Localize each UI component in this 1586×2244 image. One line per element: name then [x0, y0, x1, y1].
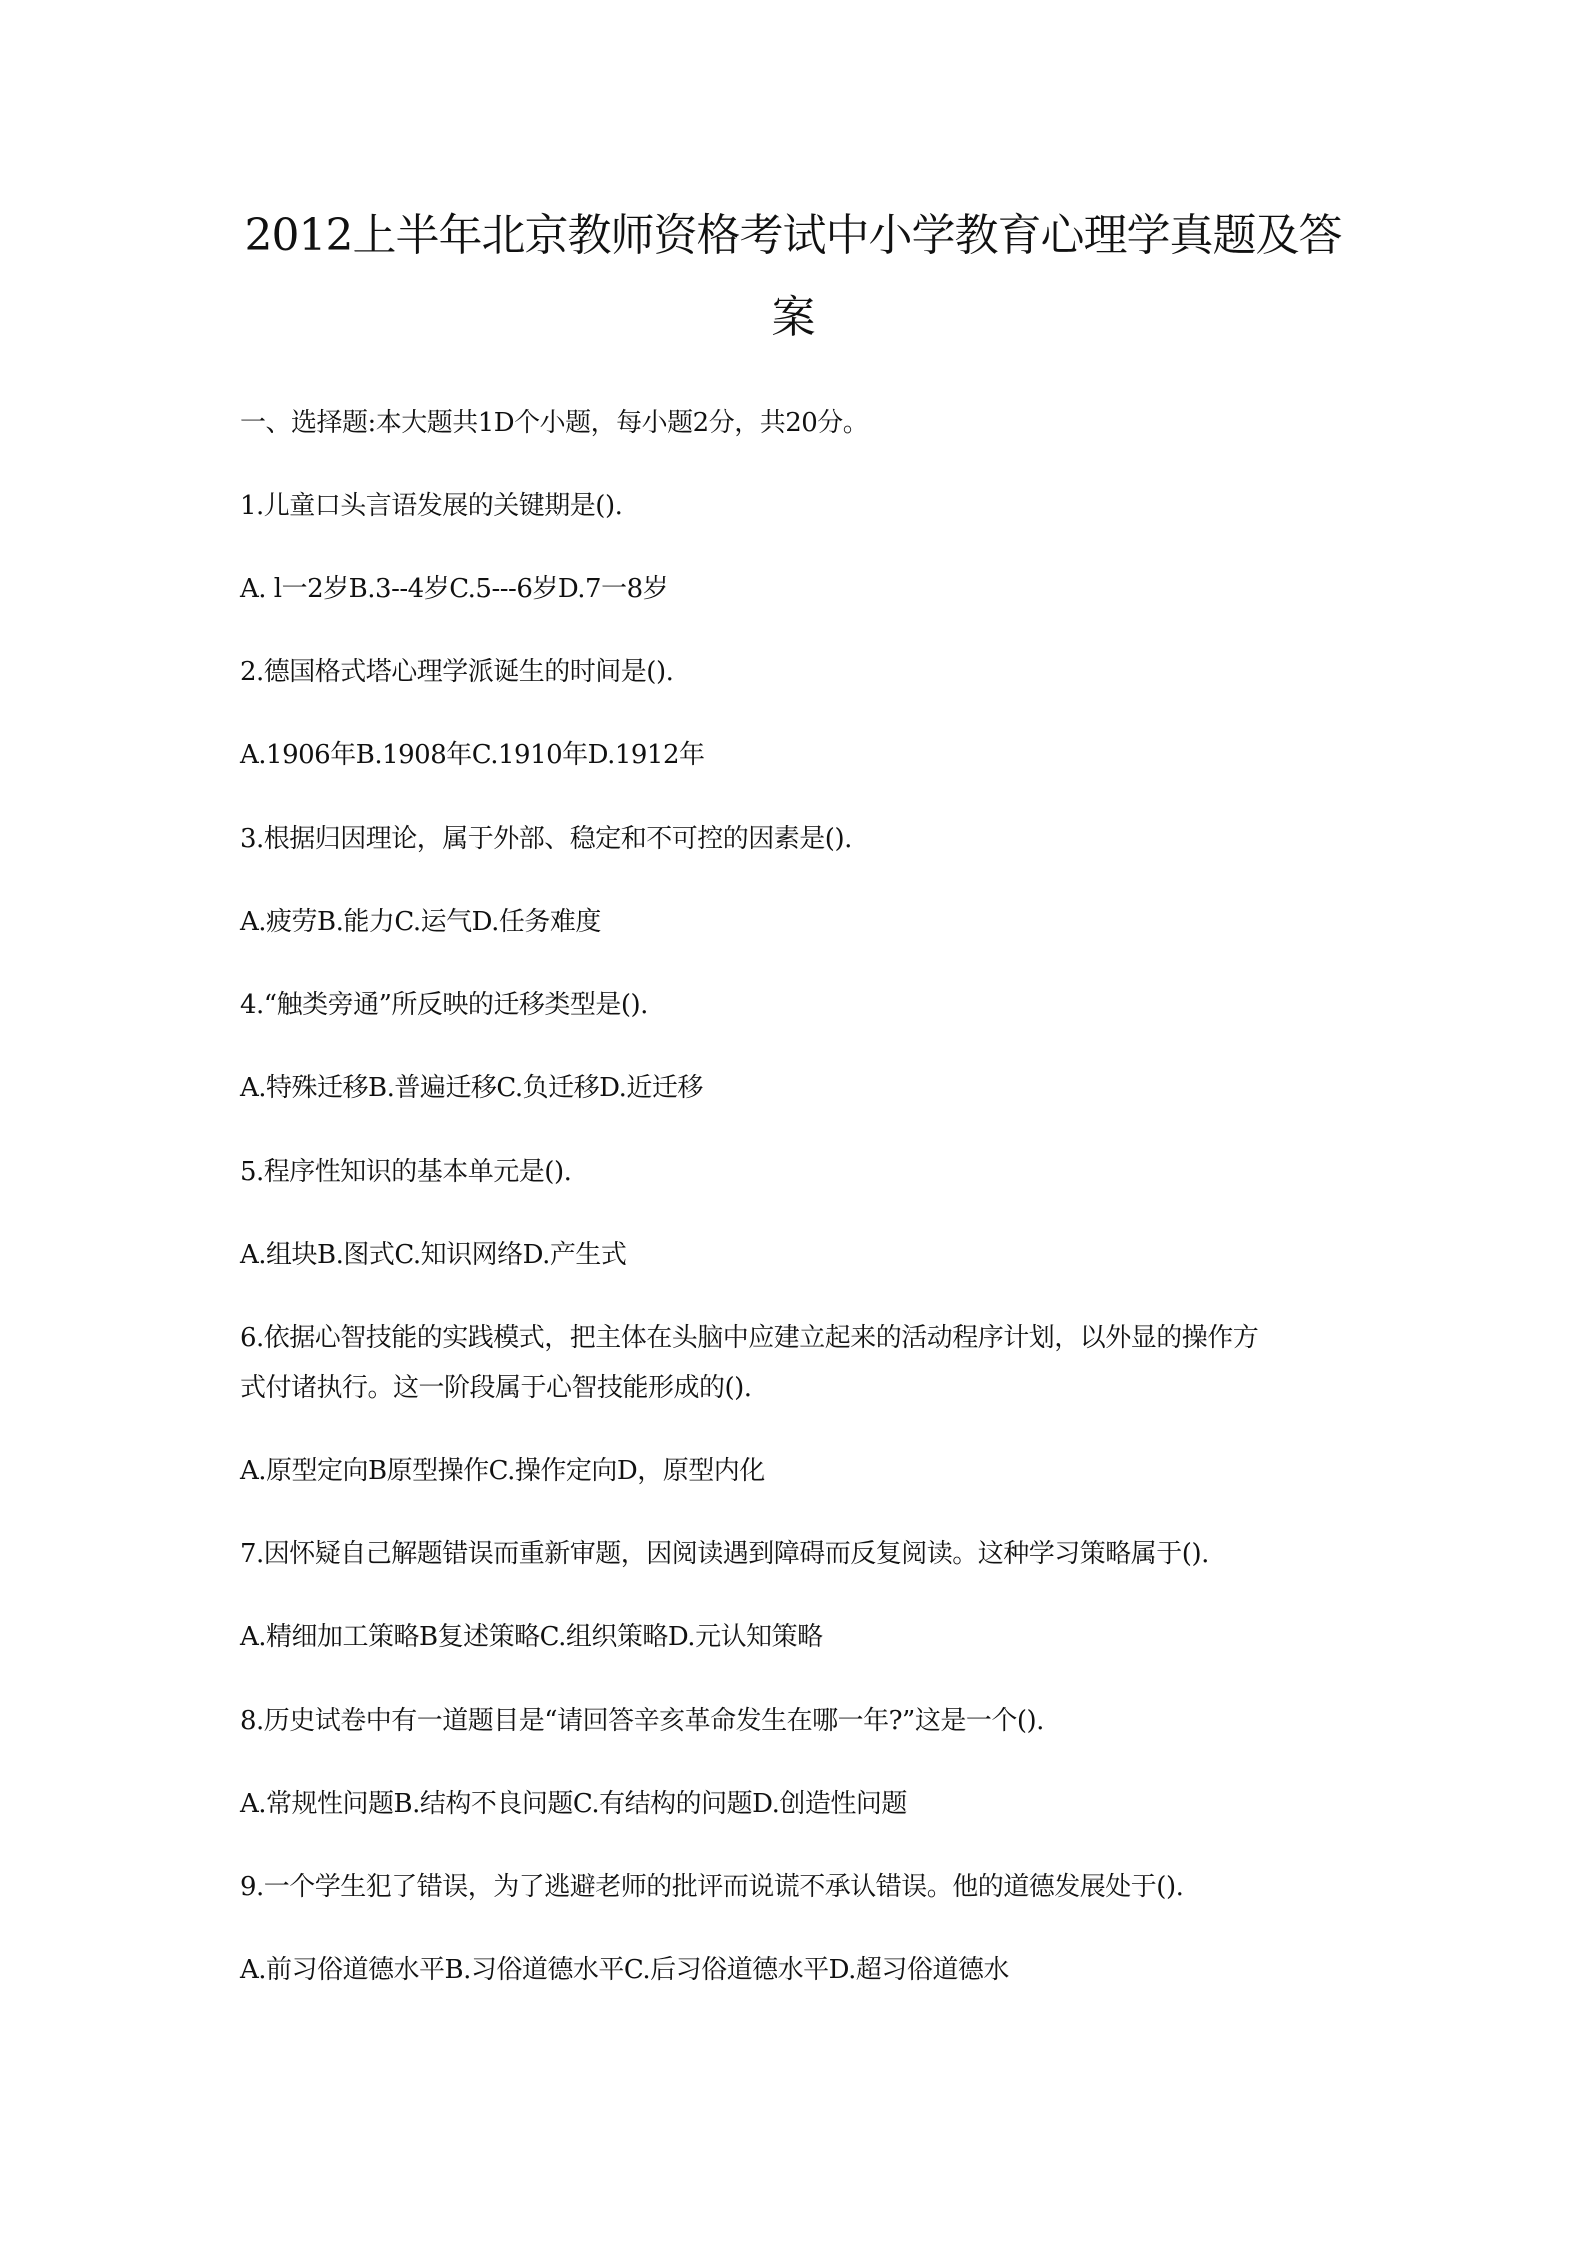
question-4-options: A.特殊迁移B.普遍迁移C.负迁移D.近迁移: [240, 1071, 703, 1105]
document-title-line-1: 2012上半年北京教师资格考试中小学教育心理学真题及答: [200, 208, 1386, 264]
question-2-options: A.1906年B.1908年C.1910年D.1912年: [240, 738, 705, 772]
document-title-line-2: 案: [200, 290, 1386, 346]
question-3-options: A.疲劳B.能力C.运气D.任务难度: [240, 905, 601, 939]
document-page: 2012上半年北京教师资格考试中小学教育心理学真题及答 案 一、选择题:本大题共…: [0, 0, 1586, 2244]
question-7-options: A.精细加工策略B复述策略C.组织策略D.元认知策略: [240, 1620, 823, 1654]
question-5-stem: 5.程序性知识的基本单元是().: [240, 1155, 571, 1189]
question-4-stem: 4.“触类旁通”所反映的迁移类型是().: [240, 988, 648, 1022]
question-6-stem-line-2: 式付诸执行。这一阶段属于心智技能形成的().: [240, 1371, 752, 1405]
question-8-options: A.常规性问题B.结构不良问题C.有结构的问题D.创造性问题: [240, 1787, 907, 1821]
question-1-stem: 1.儿童口头言语发展的关键期是().: [240, 489, 622, 523]
question-9-options: A.前习俗道德水平B.习俗道德水平C.后习俗道德水平D.超习俗道德水: [240, 1953, 1009, 1987]
question-3-stem: 3.根据归因理论，属于外部、稳定和不可控的因素是().: [240, 822, 852, 856]
question-7-stem: 7.因怀疑自己解题错误而重新审题，因阅读遇到障碍而反复阅读。这种学习策略属于()…: [240, 1537, 1209, 1571]
question-1-options: A. l一2岁B.3--4岁C.5---6岁D.7一8岁: [240, 572, 668, 606]
question-6-options: A.原型定向B原型操作C.操作定向D，原型内化: [240, 1454, 765, 1488]
question-6-stem-line-1: 6.依据心智技能的实践模式，把主体在头脑中应建立起来的活动程序计划，以外显的操作…: [240, 1321, 1258, 1355]
section-heading: 一、选择题:本大题共1D个小题，每小题2分，共20分。: [240, 406, 868, 440]
question-9-stem: 9.一个学生犯了错误，为了逃避老师的批评而说谎不承认错误。他的道德发展处于().: [240, 1870, 1183, 1904]
question-5-options: A.组块B.图式C.知识网络D.产生式: [240, 1238, 626, 1272]
question-8-stem: 8.历史试卷中有一道题目是“请回答辛亥革命发生在哪一年?”这是一个().: [240, 1704, 1044, 1738]
question-2-stem: 2.德国格式塔心理学派诞生的时间是().: [240, 655, 673, 689]
